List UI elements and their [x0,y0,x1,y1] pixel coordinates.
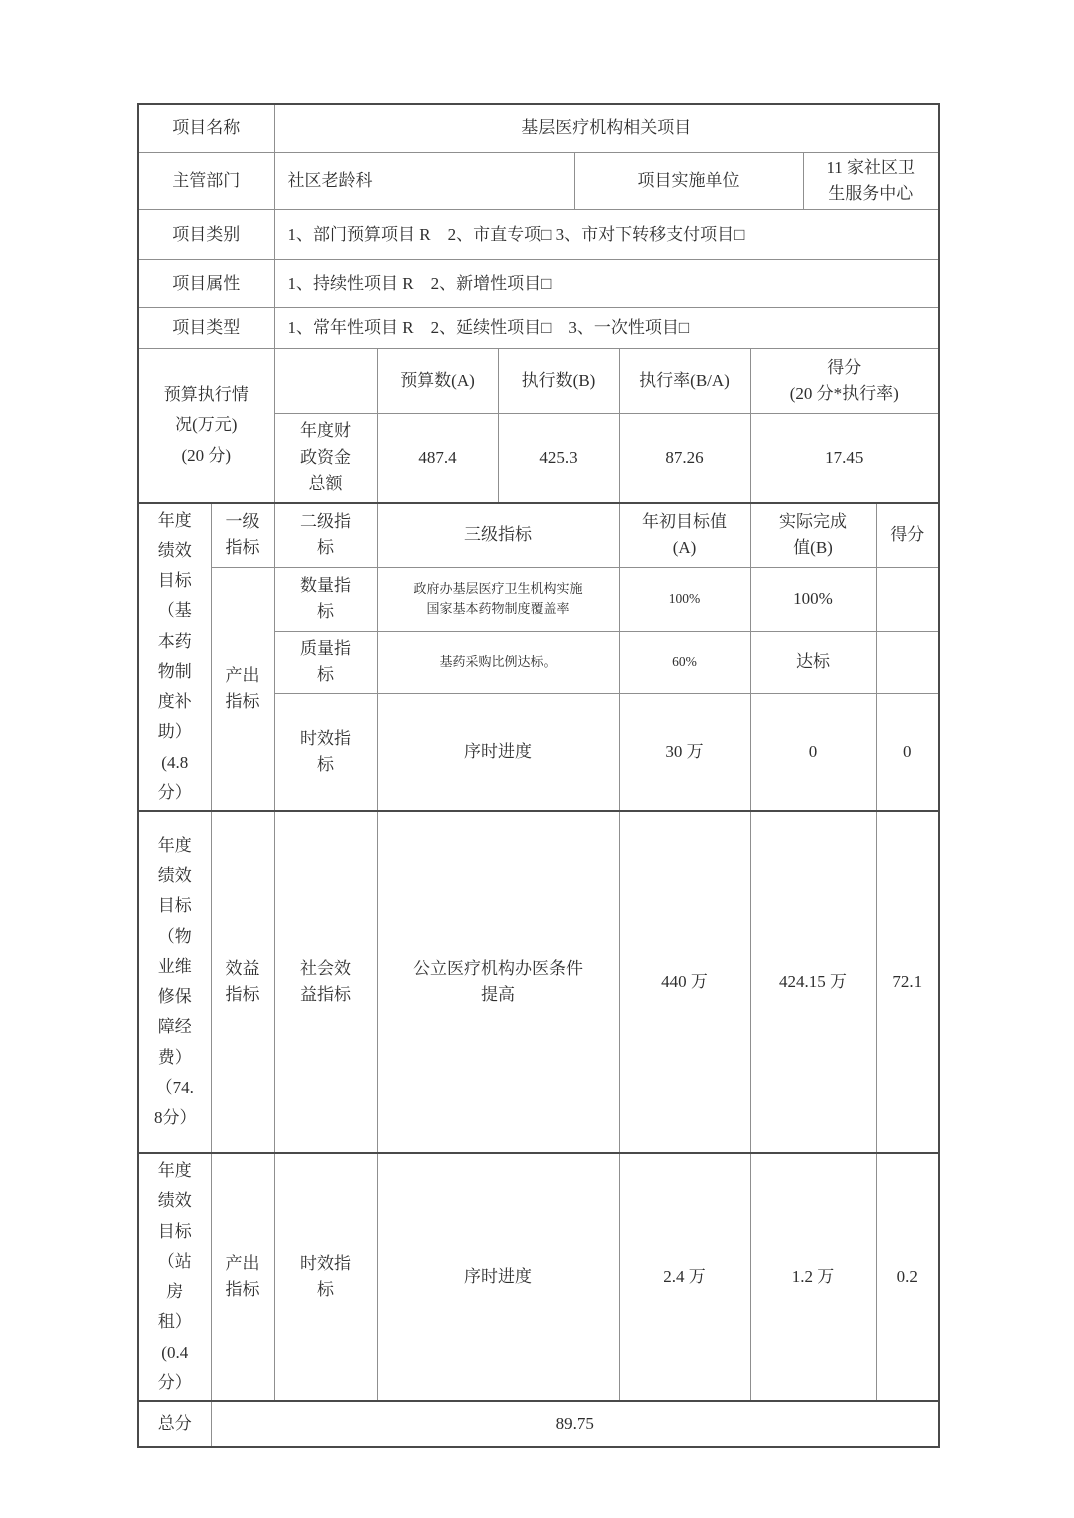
target-schedule: 30 万 [619,693,750,811]
actual-medical-conditions: 424.15 万 [750,811,876,1153]
budget-col-exec: 执行数(B) [498,349,619,414]
department-label: 主管部门 [138,152,274,210]
indicator-header-score: 得分 [876,503,939,568]
level3-coverage: 政府办基层医疗卫生机构实施 国家基本药物制度覆盖率 [377,568,619,632]
row-station-rent: 年度绩效目标（站房租）(0.4分） 产出指标 时效指标 序时进度 2.4 万 1… [138,1153,939,1401]
row-indicator-header: 年度绩效目标（基本药物制度补助）(4.8分） 一级指标 二级指标 三级指标 年初… [138,503,939,568]
score-medical-conditions: 72.1 [876,811,939,1153]
score-schedule-rent: 0.2 [876,1153,939,1401]
target-coverage: 100% [619,568,750,632]
indicator-header-actual: 实际完成 值(B) [750,503,876,568]
budget-value: 487.4 [377,414,498,503]
row-type: 项目类型 1、常年性项目 R 2、延续性项目□ 3、一次性项目□ [138,308,939,349]
project-name-label: 项目名称 [138,104,274,152]
total-label: 总分 [138,1401,211,1447]
level3-medical-conditions: 公立医疗机构办医条件 提高 [377,811,619,1153]
actual-schedule: 0 [750,693,876,811]
performance-evaluation-table: 项目名称 基层医疗机构相关项目 主管部门 社区老龄科 项目实施单位 11 家社区… [137,103,940,1448]
score-coverage [876,568,939,632]
actual-procurement: 达标 [750,631,876,693]
section-title-rent: 年度绩效目标（站房租）(0.4分） [138,1153,211,1401]
exec-value: 425.3 [498,414,619,503]
indicator-header-level3: 三级指标 [377,503,619,568]
level2-quality: 质量指标 [274,631,377,693]
level3-schedule-rent: 序时进度 [377,1153,619,1401]
row-attribute: 项目属性 1、持续性项目 R 2、新增性项目□ [138,260,939,308]
target-schedule-rent: 2.4 万 [619,1153,750,1401]
level1-benefit-indicator: 效益指标 [211,811,274,1153]
impl-unit-value: 11 家社区卫生服务中心 [803,152,939,210]
rate-value: 87.26 [619,414,750,503]
level3-procurement: 基药采购比例达标。 [377,631,619,693]
level3-schedule-progress: 序时进度 [377,693,619,811]
impl-unit-label: 项目实施单位 [574,152,803,210]
department-value: 社区老龄科 [274,152,574,210]
section-title-property: 年度绩效目标（物业维修保障经费）（74.8分） [138,811,211,1153]
attribute-label: 项目属性 [138,260,274,308]
category-label: 项目类别 [138,210,274,260]
budget-col-rate: 执行率(B/A) [619,349,750,414]
score-procurement [876,631,939,693]
level2-social-benefit: 社会效益指标 [274,811,377,1153]
section-title-basic-drug: 年度绩效目标（基本药物制度补助）(4.8分） [138,503,211,812]
score-value: 17.45 [750,414,939,503]
level2-timeliness-rent: 时效指标 [274,1153,377,1401]
row-project-name: 项目名称 基层医疗机构相关项目 [138,104,939,152]
budget-section-label: 预算执行情况(万元) (20 分) [138,349,274,503]
budget-row-label: 年度财政资金总额 [274,414,377,503]
score-schedule: 0 [876,693,939,811]
row-category: 项目类别 1、部门预算项目 R 2、市直专项□ 3、市对下转移支付项目□ [138,210,939,260]
level2-quantity: 数量指标 [274,568,377,632]
target-procurement: 60% [619,631,750,693]
budget-col-score: 得分 (20 分*执行率) [750,349,939,414]
level1-output-indicator-rent: 产出指标 [211,1153,274,1401]
type-label: 项目类型 [138,308,274,349]
actual-coverage: 100% [750,568,876,632]
project-name-value: 基层医疗机构相关项目 [274,104,939,152]
type-value: 1、常年性项目 R 2、延续性项目□ 3、一次性项目□ [274,308,939,349]
row-budget-header: 预算执行情况(万元) (20 分) 预算数(A) 执行数(B) 执行率(B/A)… [138,349,939,414]
indicator-header-target: 年初目标值 (A) [619,503,750,568]
row-total-score: 总分 89.75 [138,1401,939,1447]
indicator-header-level2: 二级指标 [274,503,377,568]
category-value: 1、部门预算项目 R 2、市直专项□ 3、市对下转移支付项目□ [274,210,939,260]
row-department: 主管部门 社区老龄科 项目实施单位 11 家社区卫生服务中心 [138,152,939,210]
attribute-value: 1、持续性项目 R 2、新增性项目□ [274,260,939,308]
performance-evaluation-sheet: 项目名称 基层医疗机构相关项目 主管部门 社区老龄科 项目实施单位 11 家社区… [137,103,940,1448]
actual-schedule-rent: 1.2 万 [750,1153,876,1401]
total-value: 89.75 [211,1401,939,1447]
indicator-header-level1: 一级指标 [211,503,274,568]
level1-output-indicator: 产出指标 [211,568,274,812]
budget-blank-cell [274,349,377,414]
row-quantity-indicator: 产出指标 数量指标 政府办基层医疗卫生机构实施 国家基本药物制度覆盖率 100%… [138,568,939,632]
budget-col-budget: 预算数(A) [377,349,498,414]
level2-timeliness: 时效指标 [274,693,377,811]
row-property-maintenance: 年度绩效目标（物业维修保障经费）（74.8分） 效益指标 社会效益指标 公立医疗… [138,811,939,1153]
target-medical-conditions: 440 万 [619,811,750,1153]
